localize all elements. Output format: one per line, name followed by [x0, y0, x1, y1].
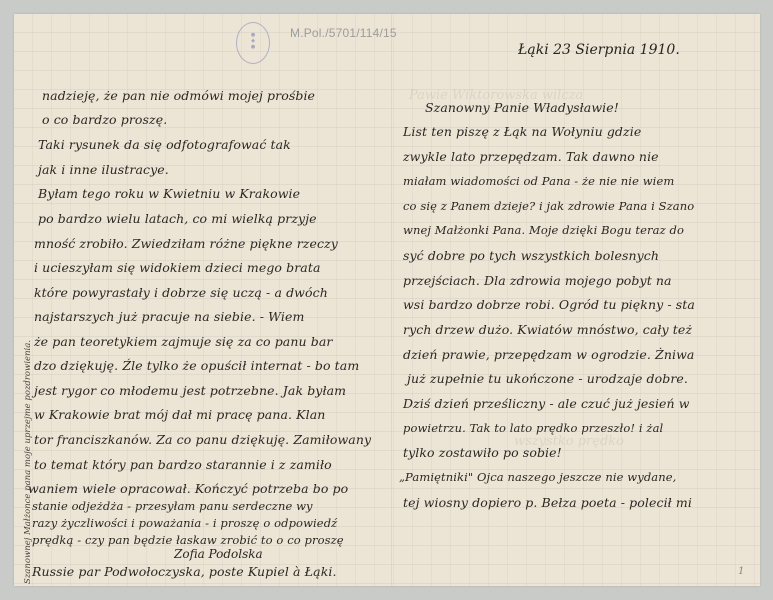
archive-stamp: ●◆● [236, 22, 270, 64]
letter-line: wnej Małżonki Pana. Moje dzięki Bogu ter… [403, 223, 684, 237]
letter-line: prędką - czy pan będzie łaskaw zrobić to… [32, 533, 344, 547]
letter-line: i ucieszyłam się widokiem dzieci mego br… [34, 260, 321, 275]
letter-line: waniem wiele opracował. Kończyć potrzeba… [28, 481, 348, 496]
right-page: Łąki 23 Sierpnia 1910. Szanowny Panie Wł… [393, 14, 760, 586]
letter-line: nadzieję, że pan nie odmówi mojej prośbi… [42, 88, 315, 103]
letter-line: List ten piszę z Łąk na Wołyniu gdzie [403, 124, 641, 139]
letter-line: przejściach. Dla zdrowia mojego pobyt na [403, 273, 672, 288]
letter-line: zwykle lato przepędzam. Tak dawno nie [403, 149, 659, 164]
letter-date: Łąki 23 Sierpnia 1910. [518, 42, 680, 58]
stamp-seal-icon: ●◆● [244, 32, 262, 52]
letter-line: syć dobre po tych wszystkich bolesnych [403, 248, 659, 263]
letter-line: najstarszych już pracuje na siebie. - Wi… [34, 309, 304, 324]
left-page: ●◆● M.Pol./5701/114/15 Szanownej Małżonc… [14, 14, 391, 586]
signature: Zofia Podolska [174, 547, 263, 561]
letter-line: jest rygor co młodemu jest potrzebne. Ja… [34, 383, 346, 398]
letter-line: już zupełnie tu ukończone - urodzaje dob… [407, 371, 688, 386]
letter-line: o co bardzo proszę. [42, 112, 167, 127]
letter-line: mność zrobiło. Zwiedziłam różne piękne r… [34, 236, 338, 251]
letter-line: powietrzu. Tak to lato prędko przeszło! … [403, 421, 663, 435]
letter-line: po bardzo wielu latach, co mi wielką prz… [38, 211, 317, 226]
letter-line: co się z Panem dzieje? i jak zdrowie Pan… [403, 199, 694, 213]
letter-line: razy życzliwości i poważania - i proszę … [32, 516, 337, 530]
letter-line: miałam wiadomości od Pana - że nie nie w… [403, 174, 674, 188]
page-number: 1 [738, 566, 744, 577]
letter-line: że pan teoretykiem zajmuje się za co pan… [34, 334, 332, 349]
letter-line: „Pamiętniki" Ojca naszego jeszcze nie wy… [399, 470, 676, 484]
salutation: Szanowny Panie Władysławie! [425, 100, 619, 115]
letter-line: które powyrastały i dobrze się uczą - a … [34, 285, 328, 300]
letter-line: dzo dziękuję. Źle tylko że opuścił inter… [34, 358, 359, 373]
return-address: Russie par Podwołoczyska, poste Kupiel à… [32, 564, 337, 579]
letter-line: stanie odjeżdża - przesyłam panu serdecz… [32, 499, 313, 513]
letter-line: dzień prawie, przepędzam w ogrodzie. Żni… [403, 347, 694, 362]
letter-sheet: Pawie Wiktorowska wilcza wszystko prędko… [14, 14, 760, 586]
letter-line: Byłam tego roku w Kwietniu w Krakowie [38, 186, 300, 201]
letter-line: to temat który pan bardzo starannie i z … [34, 457, 332, 472]
archive-signature: M.Pol./5701/114/15 [290, 26, 397, 40]
letter-line: rych drzew dużo. Kwiatów mnóstwo, cały t… [403, 322, 692, 337]
letter-line: tylko zostawiło po sobie! [403, 445, 562, 460]
letter-line: Dziś dzień prześliczny - ale czuć już je… [403, 396, 690, 411]
letter-line: wsi bardzo dobrze robi. Ogród tu piękny … [403, 297, 695, 312]
letter-line: w Krakowie brat mój dał mi pracę pana. K… [34, 407, 325, 422]
letter-line: Taki rysunek da się odfotografować tak [38, 137, 291, 152]
letter-line: tej wiosny dopiero p. Bełza poeta - pole… [403, 495, 692, 510]
letter-line: jak i inne ilustracye. [38, 162, 169, 177]
letter-line: tor franciszkanów. Za co panu dziękuję. … [34, 432, 371, 447]
